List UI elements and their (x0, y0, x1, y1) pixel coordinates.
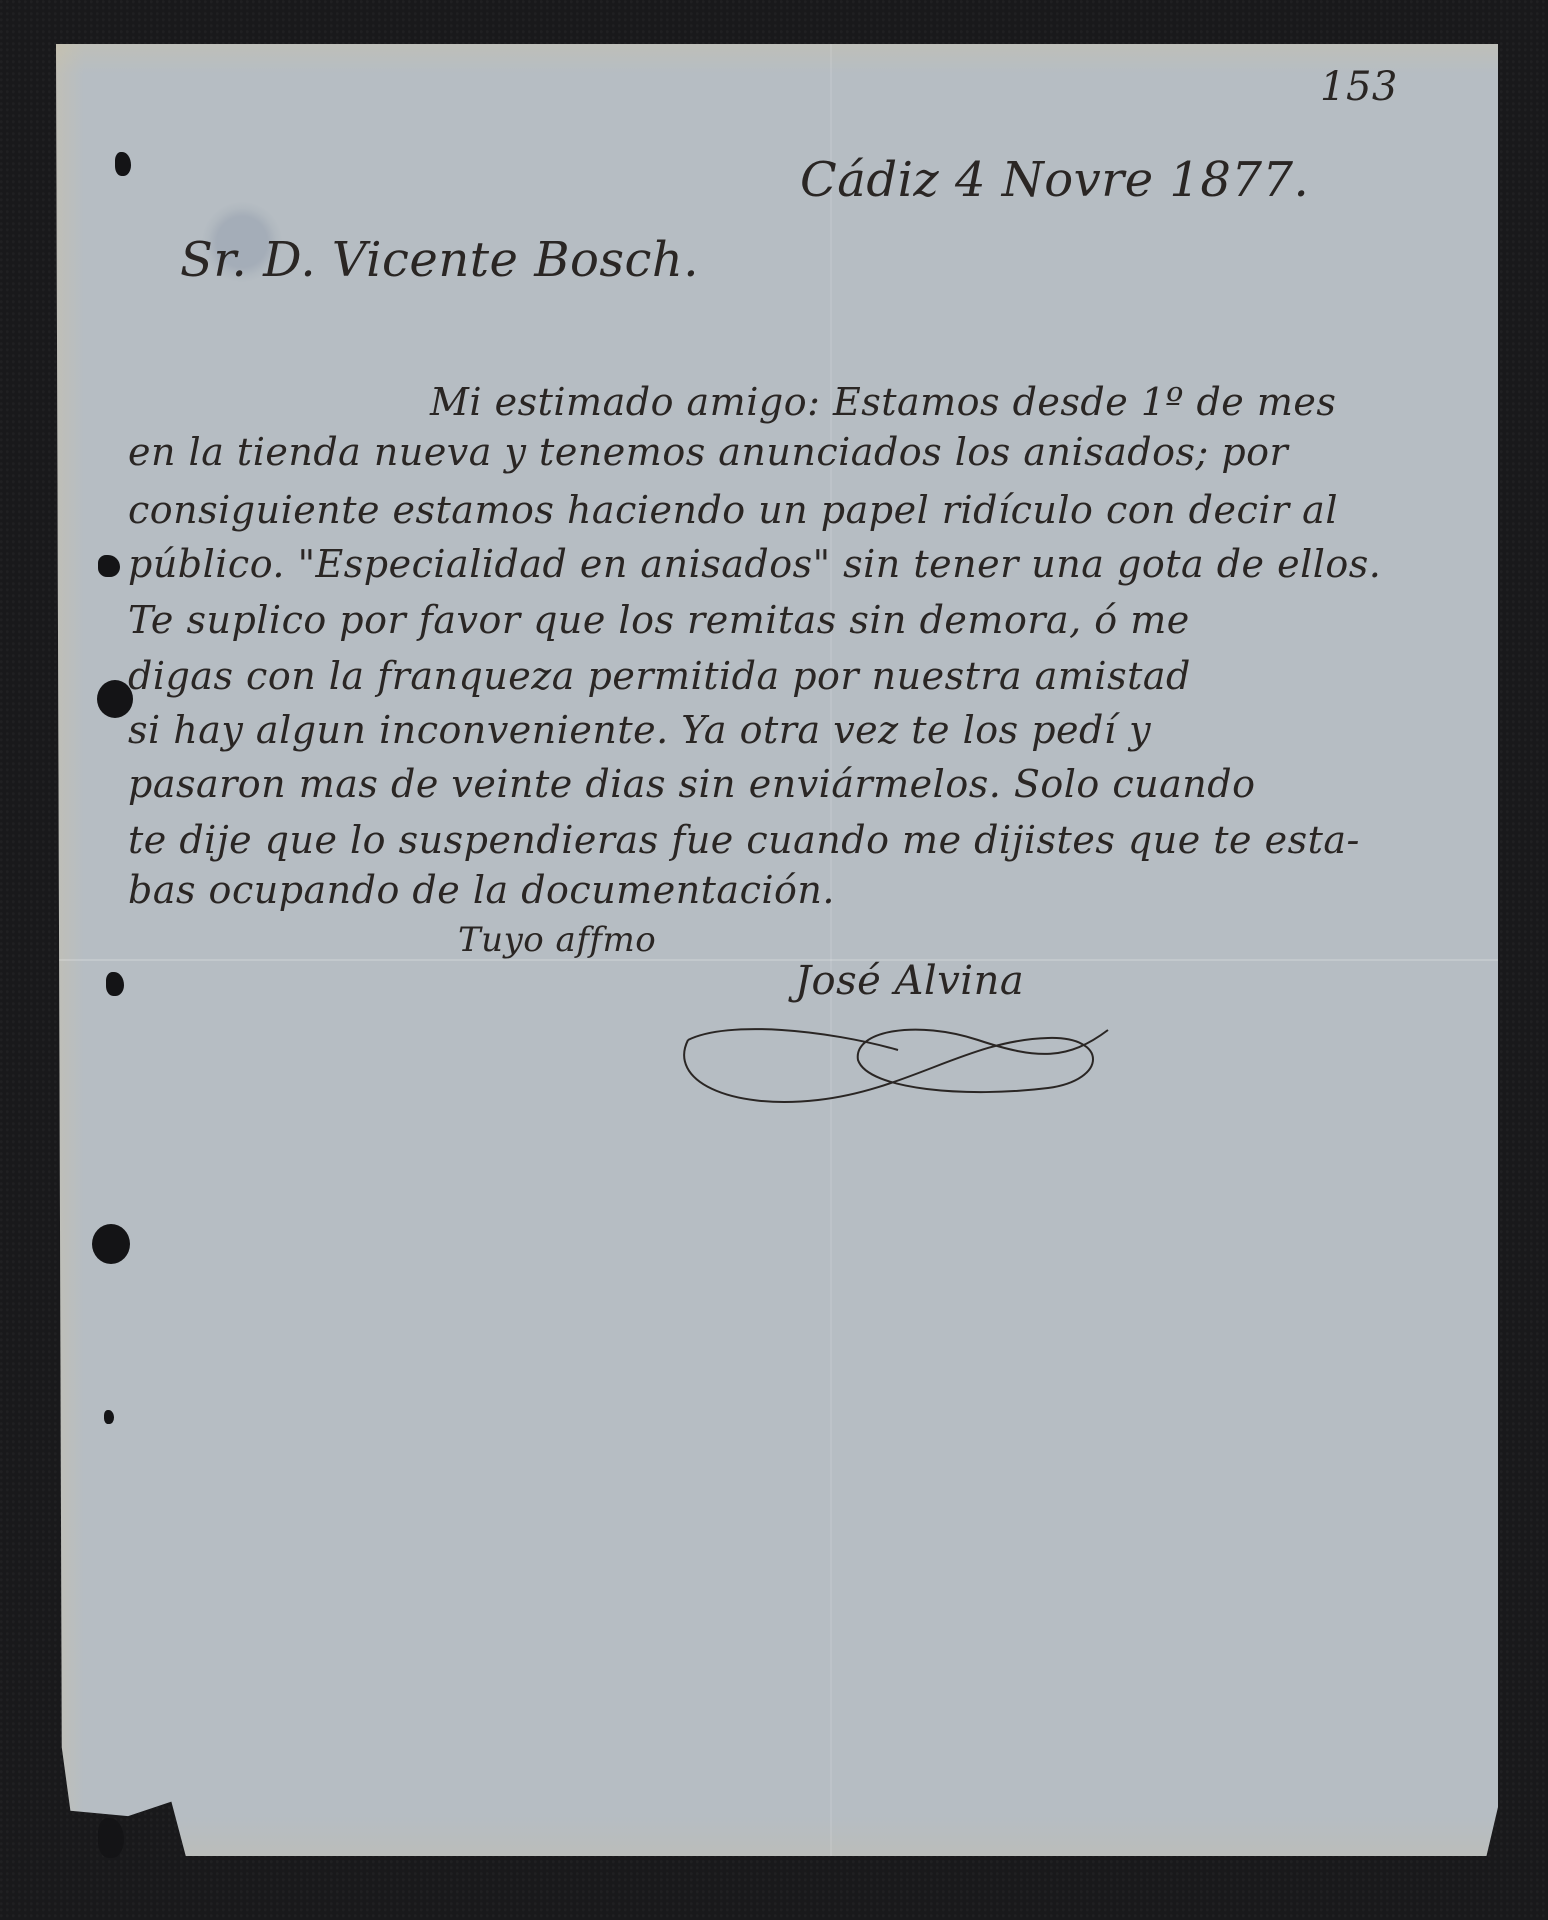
closing: Tuyo affmo (458, 920, 656, 960)
body-line: Te suplico por favor que los remitas sin… (128, 598, 1190, 642)
body-line: público. "Especialidad en anisados" sin … (128, 542, 1381, 586)
body-line: en la tienda nueva y tenemos anunciados … (128, 430, 1288, 474)
folio-number: 153 (1320, 64, 1398, 110)
tear-mark (98, 1818, 124, 1858)
tear-mark (115, 152, 131, 176)
body-line: consiguiente estamos haciendo un papel r… (128, 488, 1338, 532)
signature: José Alvina (795, 958, 1024, 1004)
body-line: si hay algun inconveniente. Ya otra vez … (128, 708, 1151, 752)
body-line: te dije que lo suspendieras fue cuando m… (128, 818, 1360, 862)
body-line: bas ocupando de la documentación. (128, 868, 835, 912)
signature-flourish-icon (668, 1000, 1128, 1120)
punch-hole (92, 1224, 130, 1264)
letter-sheet (56, 44, 1498, 1856)
body-line: digas con la franqueza permitida por nue… (128, 654, 1191, 698)
vertical-fold-line (830, 44, 832, 1856)
tear-mark (98, 555, 120, 577)
salutation: Sr. D. Vicente Bosch. (180, 232, 699, 288)
body-line: Mi estimado amigo: Estamos desde 1º de m… (430, 380, 1336, 424)
tear-mark (106, 972, 124, 996)
dateline: Cádiz 4 Novre 1877. (800, 152, 1309, 208)
tear-mark (104, 1410, 114, 1424)
horizontal-fold-line (56, 959, 1498, 961)
body-line: pasaron mas de veinte dias sin enviármel… (128, 762, 1255, 806)
